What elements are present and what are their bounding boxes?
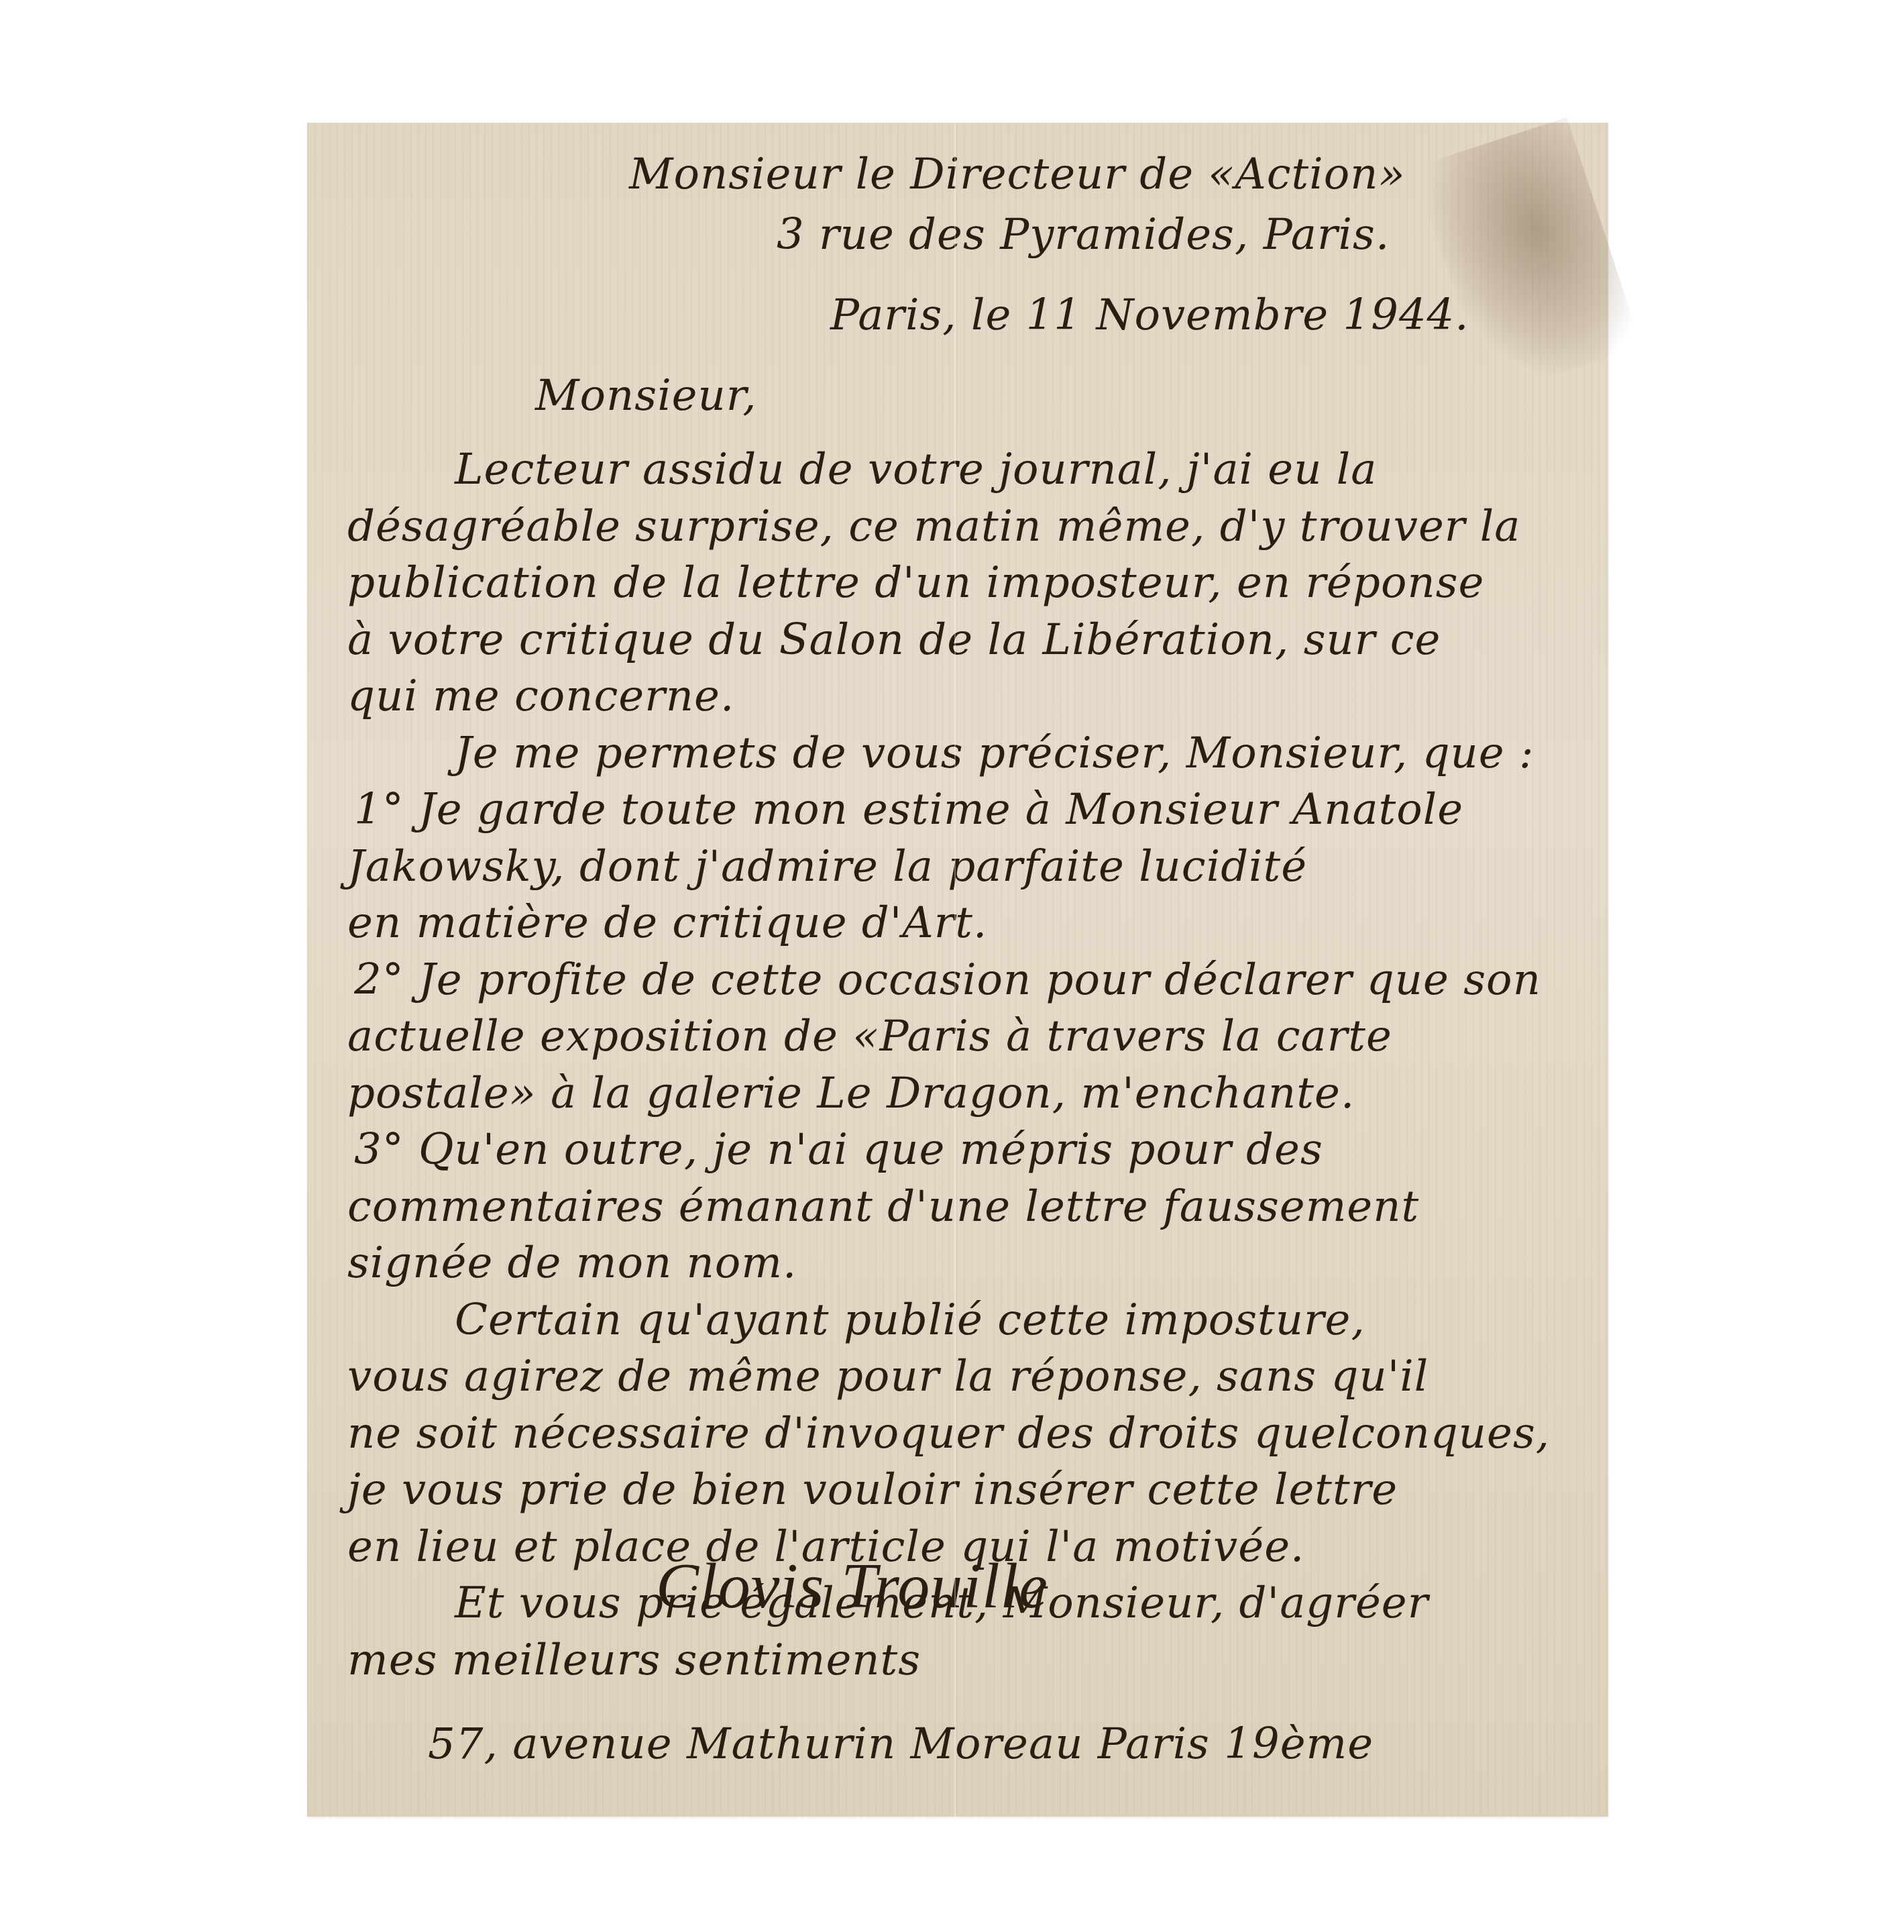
- body-line: en matière de critique d'Art.: [347, 898, 987, 948]
- sender-address: 57, avenue Mathurin Moreau Paris 19ème: [428, 1719, 1374, 1769]
- body-line: actuelle exposition de «Paris à travers …: [347, 1012, 1392, 1061]
- dateline: Paris, le 11 Novembre 1944.: [830, 290, 1469, 340]
- body-line: Certain qu'ayant publié cette imposture,: [455, 1295, 1365, 1345]
- body-line: Je me permets de vous préciser, Monsieur…: [455, 729, 1534, 778]
- body-line: 1° Je garde toute mon estime à Monsieur …: [354, 785, 1463, 835]
- body-line: postale» à la galerie Le Dragon, m'encha…: [347, 1069, 1355, 1118]
- recipient-line-2: 3 rue des Pyramides, Paris.: [777, 210, 1390, 260]
- letter-paper: Monsieur le Directeur de «Action» 3 rue …: [307, 123, 1608, 1817]
- recipient-line-1: Monsieur le Directeur de «Action»: [629, 150, 1406, 199]
- salutation: Monsieur,: [535, 371, 757, 421]
- body-line: Lecteur assidu de votre journal, j'ai eu…: [455, 445, 1377, 494]
- body-line: signée de mon nom.: [347, 1238, 797, 1288]
- signature: Clovis Trouille: [656, 1548, 1048, 1623]
- body-line: 2° Je profite de cette occasion pour déc…: [354, 955, 1541, 1005]
- body-line: qui me concerne.: [347, 672, 734, 721]
- body-line: Jakowsky, dont j'admire la parfaite luci…: [347, 842, 1307, 892]
- body-line: mes meilleurs sentiments: [347, 1635, 921, 1685]
- body-line: désagréable surprise, ce matin même, d'y…: [347, 502, 1520, 551]
- body-line: ne soit nécessaire d'invoquer des droits…: [347, 1409, 1550, 1458]
- body-line: à votre critique du Salon de la Libérati…: [347, 615, 1441, 665]
- body-line: publication de la lettre d'un imposteur,…: [347, 558, 1484, 608]
- body-line: 3° Qu'en outre, je n'ai que mépris pour …: [354, 1125, 1323, 1175]
- body-line: je vous prie de bien vouloir insérer cet…: [347, 1465, 1398, 1515]
- body-line: vous agirez de même pour la réponse, san…: [347, 1352, 1429, 1401]
- body-line: commentaires émanant d'une lettre fausse…: [347, 1182, 1419, 1232]
- water-stain: [1414, 117, 1642, 397]
